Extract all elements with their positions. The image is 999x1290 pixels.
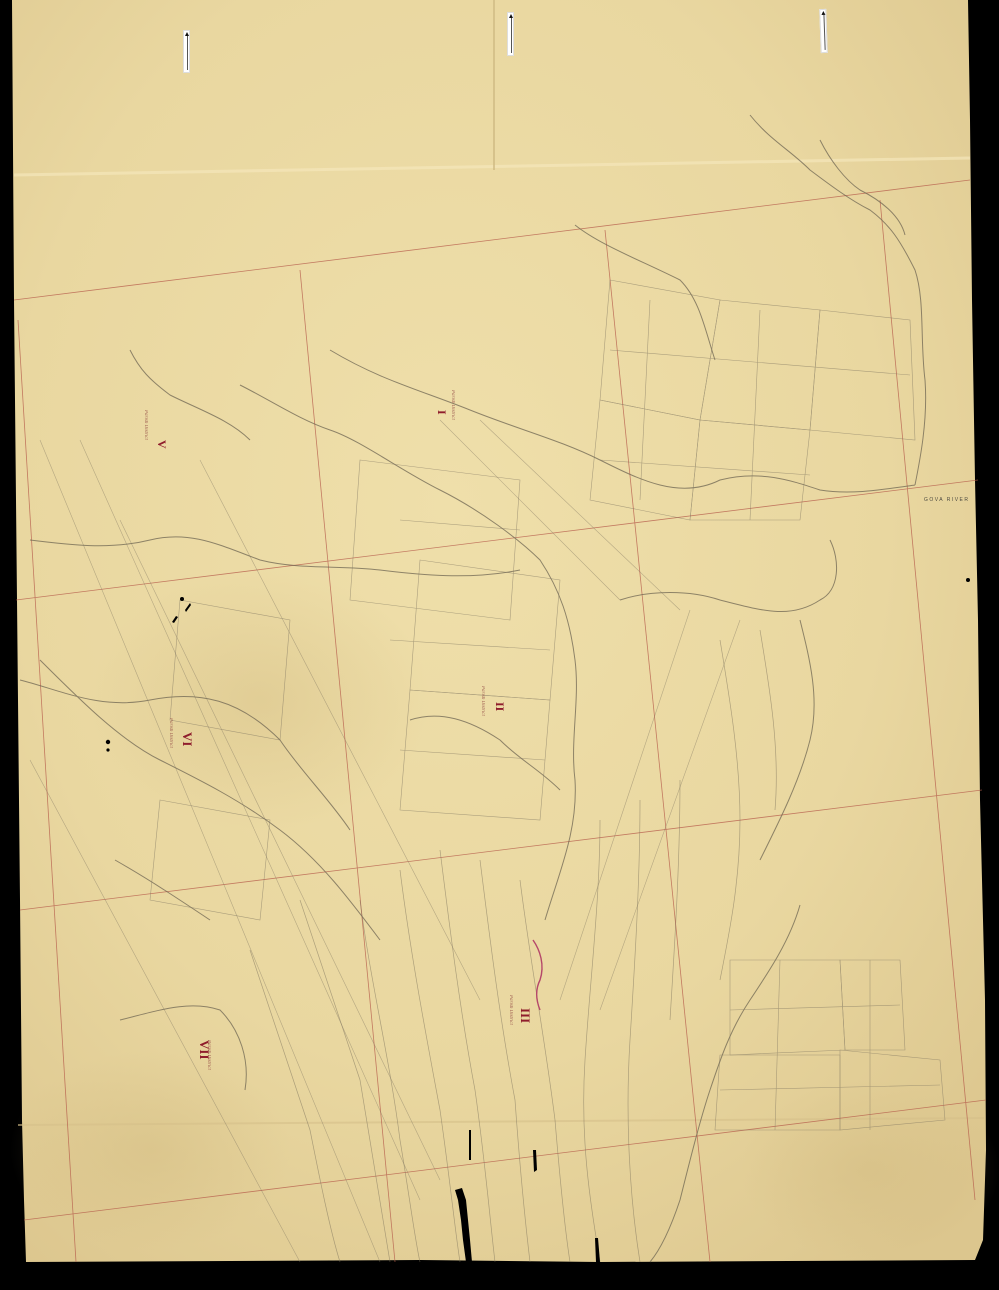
district-subtitle: Parish District (143, 409, 148, 440)
district-subtitle: Parish District (206, 1039, 211, 1070)
paper-stain (10, 1050, 290, 1250)
district-subtitle: Parish District (480, 685, 485, 716)
district-numeral: V (155, 440, 169, 449)
district-subtitle: Parish District (508, 994, 513, 1025)
marker-shaft (823, 15, 825, 50)
district-numeral: VI (180, 732, 195, 746)
north-arrow-marker-right (819, 9, 828, 53)
district-numeral: III (518, 1008, 533, 1023)
river-label: GOVA RIVER (924, 497, 969, 503)
district-subtitle: Parish District (450, 389, 455, 420)
paper-stain (740, 1080, 999, 1260)
north-arrow-marker-left (183, 30, 190, 73)
north-arrow-marker-center (507, 12, 514, 56)
district-numeral: I (435, 410, 449, 415)
marker-shaft (511, 18, 512, 53)
map-scan: GOVA RIVER V Parish District I Parish Di… (0, 0, 999, 1290)
paper-stain (90, 570, 430, 830)
district-subtitle: Parish District (168, 717, 173, 748)
district-numeral: II (493, 702, 507, 712)
map-canvas: GOVA RIVER V Parish District I Parish Di… (0, 0, 999, 1290)
marker-shaft (187, 36, 188, 70)
